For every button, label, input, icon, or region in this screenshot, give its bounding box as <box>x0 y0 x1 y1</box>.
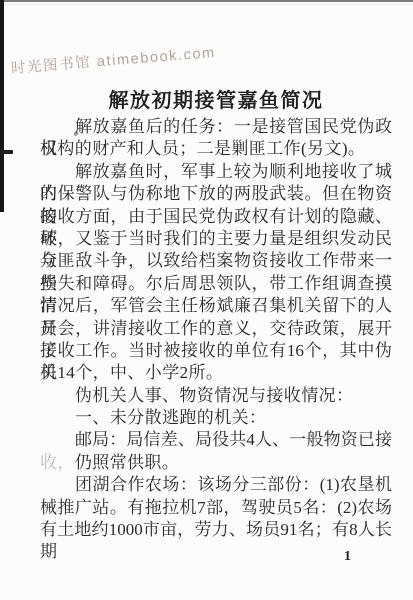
text-line: 收，仍照常供职。 <box>40 452 392 474</box>
text-line: 有土地约1000市亩，劳力、场员91名；有8人长期 <box>40 519 392 541</box>
text-line: 坏，又鉴于当时我们的主要力量是组织发动民众 <box>40 228 392 250</box>
text-line: 解放嘉鱼后的任务：一是接管国民党伪政权 <box>40 116 392 138</box>
text-line: 开会，讲清接收工作的意义，交待政策，展开了 <box>40 318 392 340</box>
text-line: 团湖合作农场：该场分三部份：(1)农垦机 <box>40 474 392 496</box>
scanned-page: 时光图书馆 atimebook.com 解放初期接管嘉鱼简况 解放嘉鱼后的任务：… <box>0 0 413 600</box>
text-line: 的保警队与伪称地下放的两股武装。但在物资的 <box>40 183 392 205</box>
text-line: 接收工作。当时被接收的单位有16个，其中伪机 <box>40 340 392 362</box>
text-line: 接收方面，由于国民党伪政权有计划的隐藏、破 <box>40 206 392 228</box>
text-line: 机构的财产和人员；二是剿匪工作(另文)。 <box>40 138 392 160</box>
scan-edge-top <box>0 0 413 2</box>
text-line: 关14个，中、小学2所。 <box>40 362 392 384</box>
text-line: 情况后，军管会主任杨斌廉召集机关留下的人员 <box>40 295 392 317</box>
page-number: 1 <box>344 549 352 565</box>
watermark: 时光图书馆 atimebook.com <box>10 32 331 78</box>
text-line: 伪机关人事、物资情况与接收情况： <box>40 385 392 407</box>
text-line: 与匪敌斗争，以致给档案物资接收工作带来一些 <box>40 250 392 272</box>
body-text: 解放嘉鱼后的任务：一是接管国民党伪政权机构的财产和人员；二是剿匪工作(另文)。解… <box>40 116 392 541</box>
text-line: 一、未分散逃跑的机关： <box>40 407 392 429</box>
scan-left-dash-mark <box>0 150 13 154</box>
scan-edge-left <box>0 0 4 212</box>
faint-print-text: 收， <box>40 453 75 472</box>
text-line: 械推广站。有拖拉机7部，驾驶员5名：(2)农场 <box>40 497 392 519</box>
text-line: 损失和障碍。尔后周思领队，带工作组调查摸清 <box>40 273 392 295</box>
page-title: 解放初期接管嘉鱼简况 <box>40 84 392 113</box>
text-line: 解放嘉鱼时，军事上较为顺利地接收了城内 <box>40 161 392 183</box>
text-line: 邮局：局信差、局役共4人、一般物资已接 <box>40 429 392 451</box>
scan-edge-top-shadow <box>0 4 413 5</box>
